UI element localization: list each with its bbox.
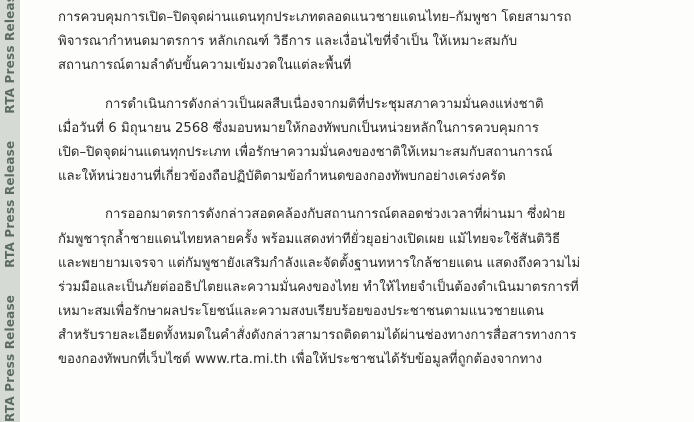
- side-strip-label: RTA Press Release: [3, 141, 17, 268]
- text-line: กัมพูชารุกล้ำชายแดนไทยหลายครั้ง พร้อมแสด…: [58, 228, 688, 252]
- text-line: การออกมาตรการดังกล่าวสอดคล้องกับสถานการณ…: [58, 203, 688, 227]
- paragraph-nsc-resolution: การดำเนินการดังกล่าวเป็นผลสืบเนื่องจากมต…: [58, 93, 688, 190]
- text-line: เปิด–ปิดจุดผ่านแดนทุกประเภท เพื่อรักษาคว…: [58, 141, 688, 165]
- text-line: สถานการณ์ตามลำดับขั้นความเข้มงวดในแต่ละพ…: [58, 54, 688, 78]
- text-line: เหมาะสมเพื่อรักษาผลประโยชน์และความสงบเรี…: [58, 300, 688, 324]
- text-line: และให้หน่วยงานที่เกี่ยวข้องถือปฏิบัติตาม…: [58, 165, 688, 189]
- text-line: สำหรับรายละเอียดทั้งหมดในคำสั่งดังกล่าวส…: [58, 324, 688, 348]
- paragraph-spacer: [58, 79, 688, 93]
- text-line: และพยายามเจรจา แต่กัมพูชายังเสริมกำลังแล…: [58, 252, 688, 276]
- paragraph-border-control-authority: การควบคุมการเปิด–ปิดจุดผ่านแดนทุกประเภทต…: [58, 6, 688, 79]
- text-line: พิจารณากำหนดมาตรการ หลักเกณฑ์ วิธีการ แล…: [58, 30, 688, 54]
- text-line: การดำเนินการดังกล่าวเป็นผลสืบเนื่องจากมต…: [58, 93, 688, 117]
- paragraph-spacer: [58, 189, 688, 203]
- press-release-page: RTA Press Release RTA Press Release RTA …: [0, 0, 694, 422]
- side-strip-labels: RTA Press Release RTA Press Release RTA …: [0, 0, 20, 422]
- rta-press-release-side-strip: RTA Press Release RTA Press Release RTA …: [0, 0, 20, 422]
- text-line-with-website: ของกองทัพบกที่เว็บไซต์ www.rta.mi.th เพื…: [58, 348, 688, 372]
- side-strip-label: RTA Press Release: [3, 0, 17, 114]
- side-strip-label: RTA Press Release: [3, 295, 17, 422]
- text-line: เมื่อวันที่ 6 มิถุนายน 2568 ซึ่งมอบหมายใ…: [58, 117, 688, 141]
- paragraph-situation-rationale: การออกมาตรการดังกล่าวสอดคล้องกับสถานการณ…: [58, 203, 688, 372]
- document-body: การควบคุมการเปิด–ปิดจุดผ่านแดนทุกประเภทต…: [58, 6, 688, 373]
- text-line: ร่วมมือและเป็นภัยต่ออธิปไตยและความมั่นคง…: [58, 276, 688, 300]
- text-line: การควบคุมการเปิด–ปิดจุดผ่านแดนทุกประเภทต…: [58, 6, 688, 30]
